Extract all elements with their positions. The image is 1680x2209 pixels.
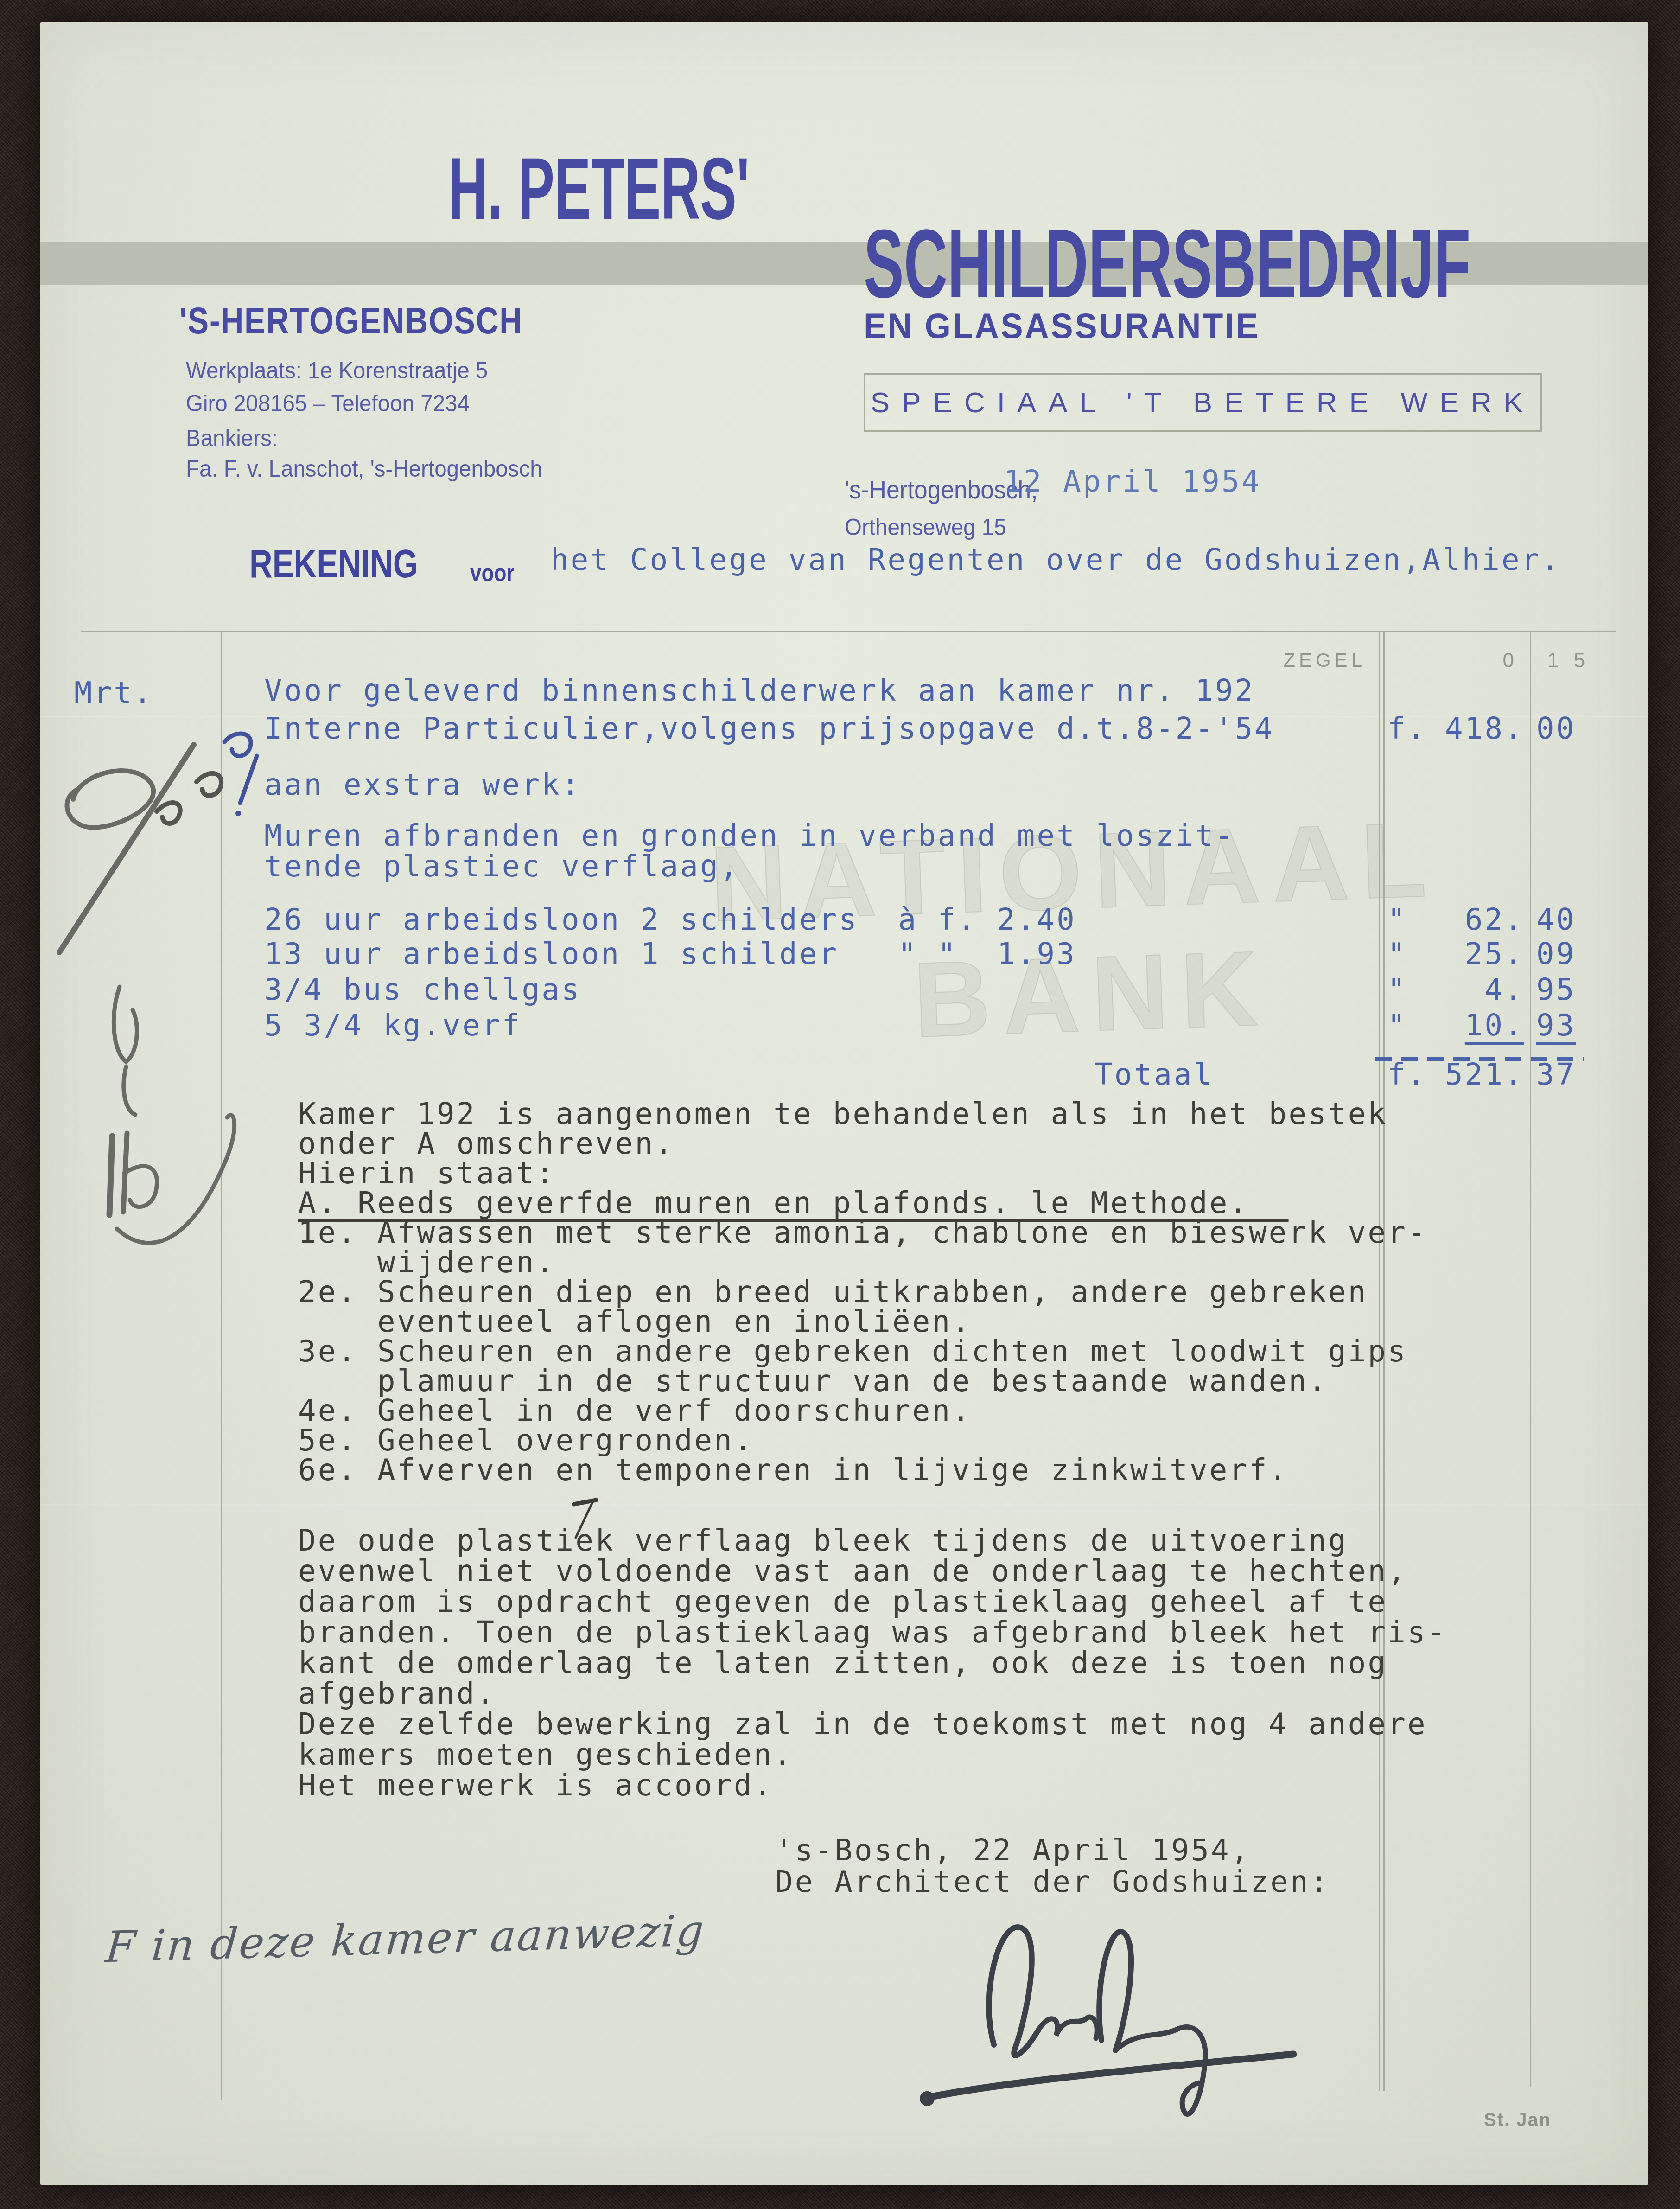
printer-mark: St. Jan <box>1484 2110 1551 2131</box>
doc-title-for: voor <box>470 559 515 587</box>
extra-line1: Muren afbranden en gronden in verband me… <box>264 821 1235 852</box>
body-line: afgebrand. <box>298 1679 496 1710</box>
body-line: Hierin staat: <box>298 1158 556 1189</box>
body-line: kamers moeten geschieden. <box>298 1740 793 1771</box>
doc-title: REKENING <box>249 541 418 587</box>
company-subtitle: EN GLASASSURANTIE <box>864 306 1260 346</box>
intro-guilders: 418. <box>1407 714 1524 745</box>
company-name: SCHILDERSBEDRIJF <box>864 208 1470 320</box>
table-cents-rule <box>1530 631 1531 2087</box>
intro-line2: Interne Particulier,volgens prijsopgave … <box>264 714 1274 745</box>
body-line: 4e. Geheel in de verf doorschuren. <box>298 1396 972 1427</box>
item-ditto: " <box>1387 939 1407 970</box>
zegel-cents: 1 5 <box>1547 649 1590 672</box>
body-line: Het meerwerk is accoord. <box>298 1770 774 1801</box>
recipient-line: het College van Regenten over de Godshui… <box>551 545 1561 576</box>
handwritten-caret-icon <box>568 1497 605 1541</box>
scanned-invoice-photo: NATIONAAL BANK H. PETERS' SCHILDERSBEDRI… <box>0 0 1680 2209</box>
slogan-text: SPECIAAL 'T BETERE WERK <box>871 386 1535 419</box>
item-guilders: 4. <box>1407 975 1524 1006</box>
body-line-underlined: A. Reeds geverfde muren en plafonds. le … <box>298 1188 1289 1219</box>
intro-line1: Voor geleverd binnenschilderwerk aan kam… <box>264 676 1255 707</box>
invoice-paper: NATIONAAL BANK H. PETERS' SCHILDERSBEDRI… <box>40 22 1648 2185</box>
body-line: Kamer 192 is aangenomen te behandelen al… <box>298 1099 1387 1130</box>
body-line: eventueel aflogen en inoliëen. <box>298 1307 972 1338</box>
table-top-rule <box>81 631 1616 632</box>
paper-crease <box>40 1504 1648 1506</box>
closing-place-date: 's-Bosch, 22 April 1954, <box>775 1835 1251 1866</box>
contact-bankers-label: Bankiers: <box>186 425 278 452</box>
body-line: evenwel niet voldoende vast aan de onder… <box>298 1556 1407 1587</box>
slogan-box: SPECIAAL 'T BETERE WERK <box>864 373 1542 432</box>
zegel-guilders: 0 <box>1477 649 1514 672</box>
body-line: 2e. Scheuren diep en breed uitkrabben, a… <box>298 1277 1368 1308</box>
item-desc: 5 3/4 kg.verf <box>264 1010 522 1041</box>
body-line: 5e. Geheel overgronden. <box>298 1425 754 1456</box>
item-guilders: 10. <box>1407 1010 1524 1041</box>
item-ditto: " <box>1387 975 1407 1006</box>
signature-handwriting <box>884 1891 1338 2132</box>
body-line: De oude plastiek verflaag bleek tijdens … <box>298 1526 1348 1557</box>
handwritten-margin-note: F in deze kamer aanwezig <box>104 1906 707 1972</box>
item-cents: 09 <box>1536 939 1576 970</box>
item-desc: 13 uur arbeidsloon 1 schilder " " 1.93 <box>264 939 1076 970</box>
contact-banker: Fa. F. v. Lanschot, 's-Hertogenbosch <box>186 455 542 482</box>
contact-giro-phone: Giro 208165 – Telefoon 7234 <box>186 390 470 417</box>
zegel-label: ZEGEL <box>1227 649 1366 671</box>
extra-heading: aan exstra werk: <box>264 770 581 801</box>
body-line: Deze zelfde bewerking zal in de toekomst… <box>298 1709 1427 1740</box>
item-cents: 40 <box>1536 905 1576 936</box>
item-cents: 95 <box>1536 975 1576 1006</box>
margin-scribbles <box>40 690 262 1274</box>
item-cents: 93 <box>1536 1010 1576 1041</box>
body-line: 1e. Afwassen met sterke amonia, chablone… <box>298 1218 1427 1249</box>
item-ditto: " <box>1387 1010 1407 1041</box>
item-guilders: 25. <box>1407 939 1524 970</box>
item-desc: 3/4 bus chellgas <box>264 975 581 1006</box>
body-line: daarom is opdracht gegeven de plastiekla… <box>298 1587 1387 1618</box>
body-line: 3e. Scheuren en andere gebreken dichten … <box>298 1336 1407 1367</box>
body-line: kant de omderlaag te laten zitten, ook d… <box>298 1648 1387 1679</box>
body-line: plamuur in de structuur van de bestaande… <box>298 1366 1328 1397</box>
body-line: onder A omschreven. <box>298 1129 675 1160</box>
item-guilders: 62. <box>1407 905 1524 936</box>
body-line: 6e. Afverven en temponeren in lijvige zi… <box>298 1455 1289 1486</box>
total-cents: 37 <box>1536 1060 1576 1091</box>
company-prefix: H. PETERS' <box>448 138 750 239</box>
body-line: wijderen. <box>298 1247 556 1278</box>
total-label: Totaal <box>1095 1060 1213 1091</box>
contact-workshop: Werkplaats: 1e Korenstraatje 5 <box>186 357 488 384</box>
body-line: branden. Toen de plastieklaag was afgebr… <box>298 1617 1447 1648</box>
extra-line2: tende plastiec verflaag, <box>264 851 740 882</box>
typed-date: 12 April 1954 <box>1004 466 1261 498</box>
address-line2: Orthenseweg 15 <box>845 514 1006 541</box>
item-ditto: " <box>1387 905 1407 936</box>
total-guilders: 521. <box>1407 1060 1524 1091</box>
item-desc: 26 uur arbeidsloon 2 schilders à f. 2.40 <box>264 905 1076 936</box>
intro-cents: 00 <box>1536 714 1576 745</box>
company-city: 'S-HERTOGENBOSCH <box>179 300 523 342</box>
